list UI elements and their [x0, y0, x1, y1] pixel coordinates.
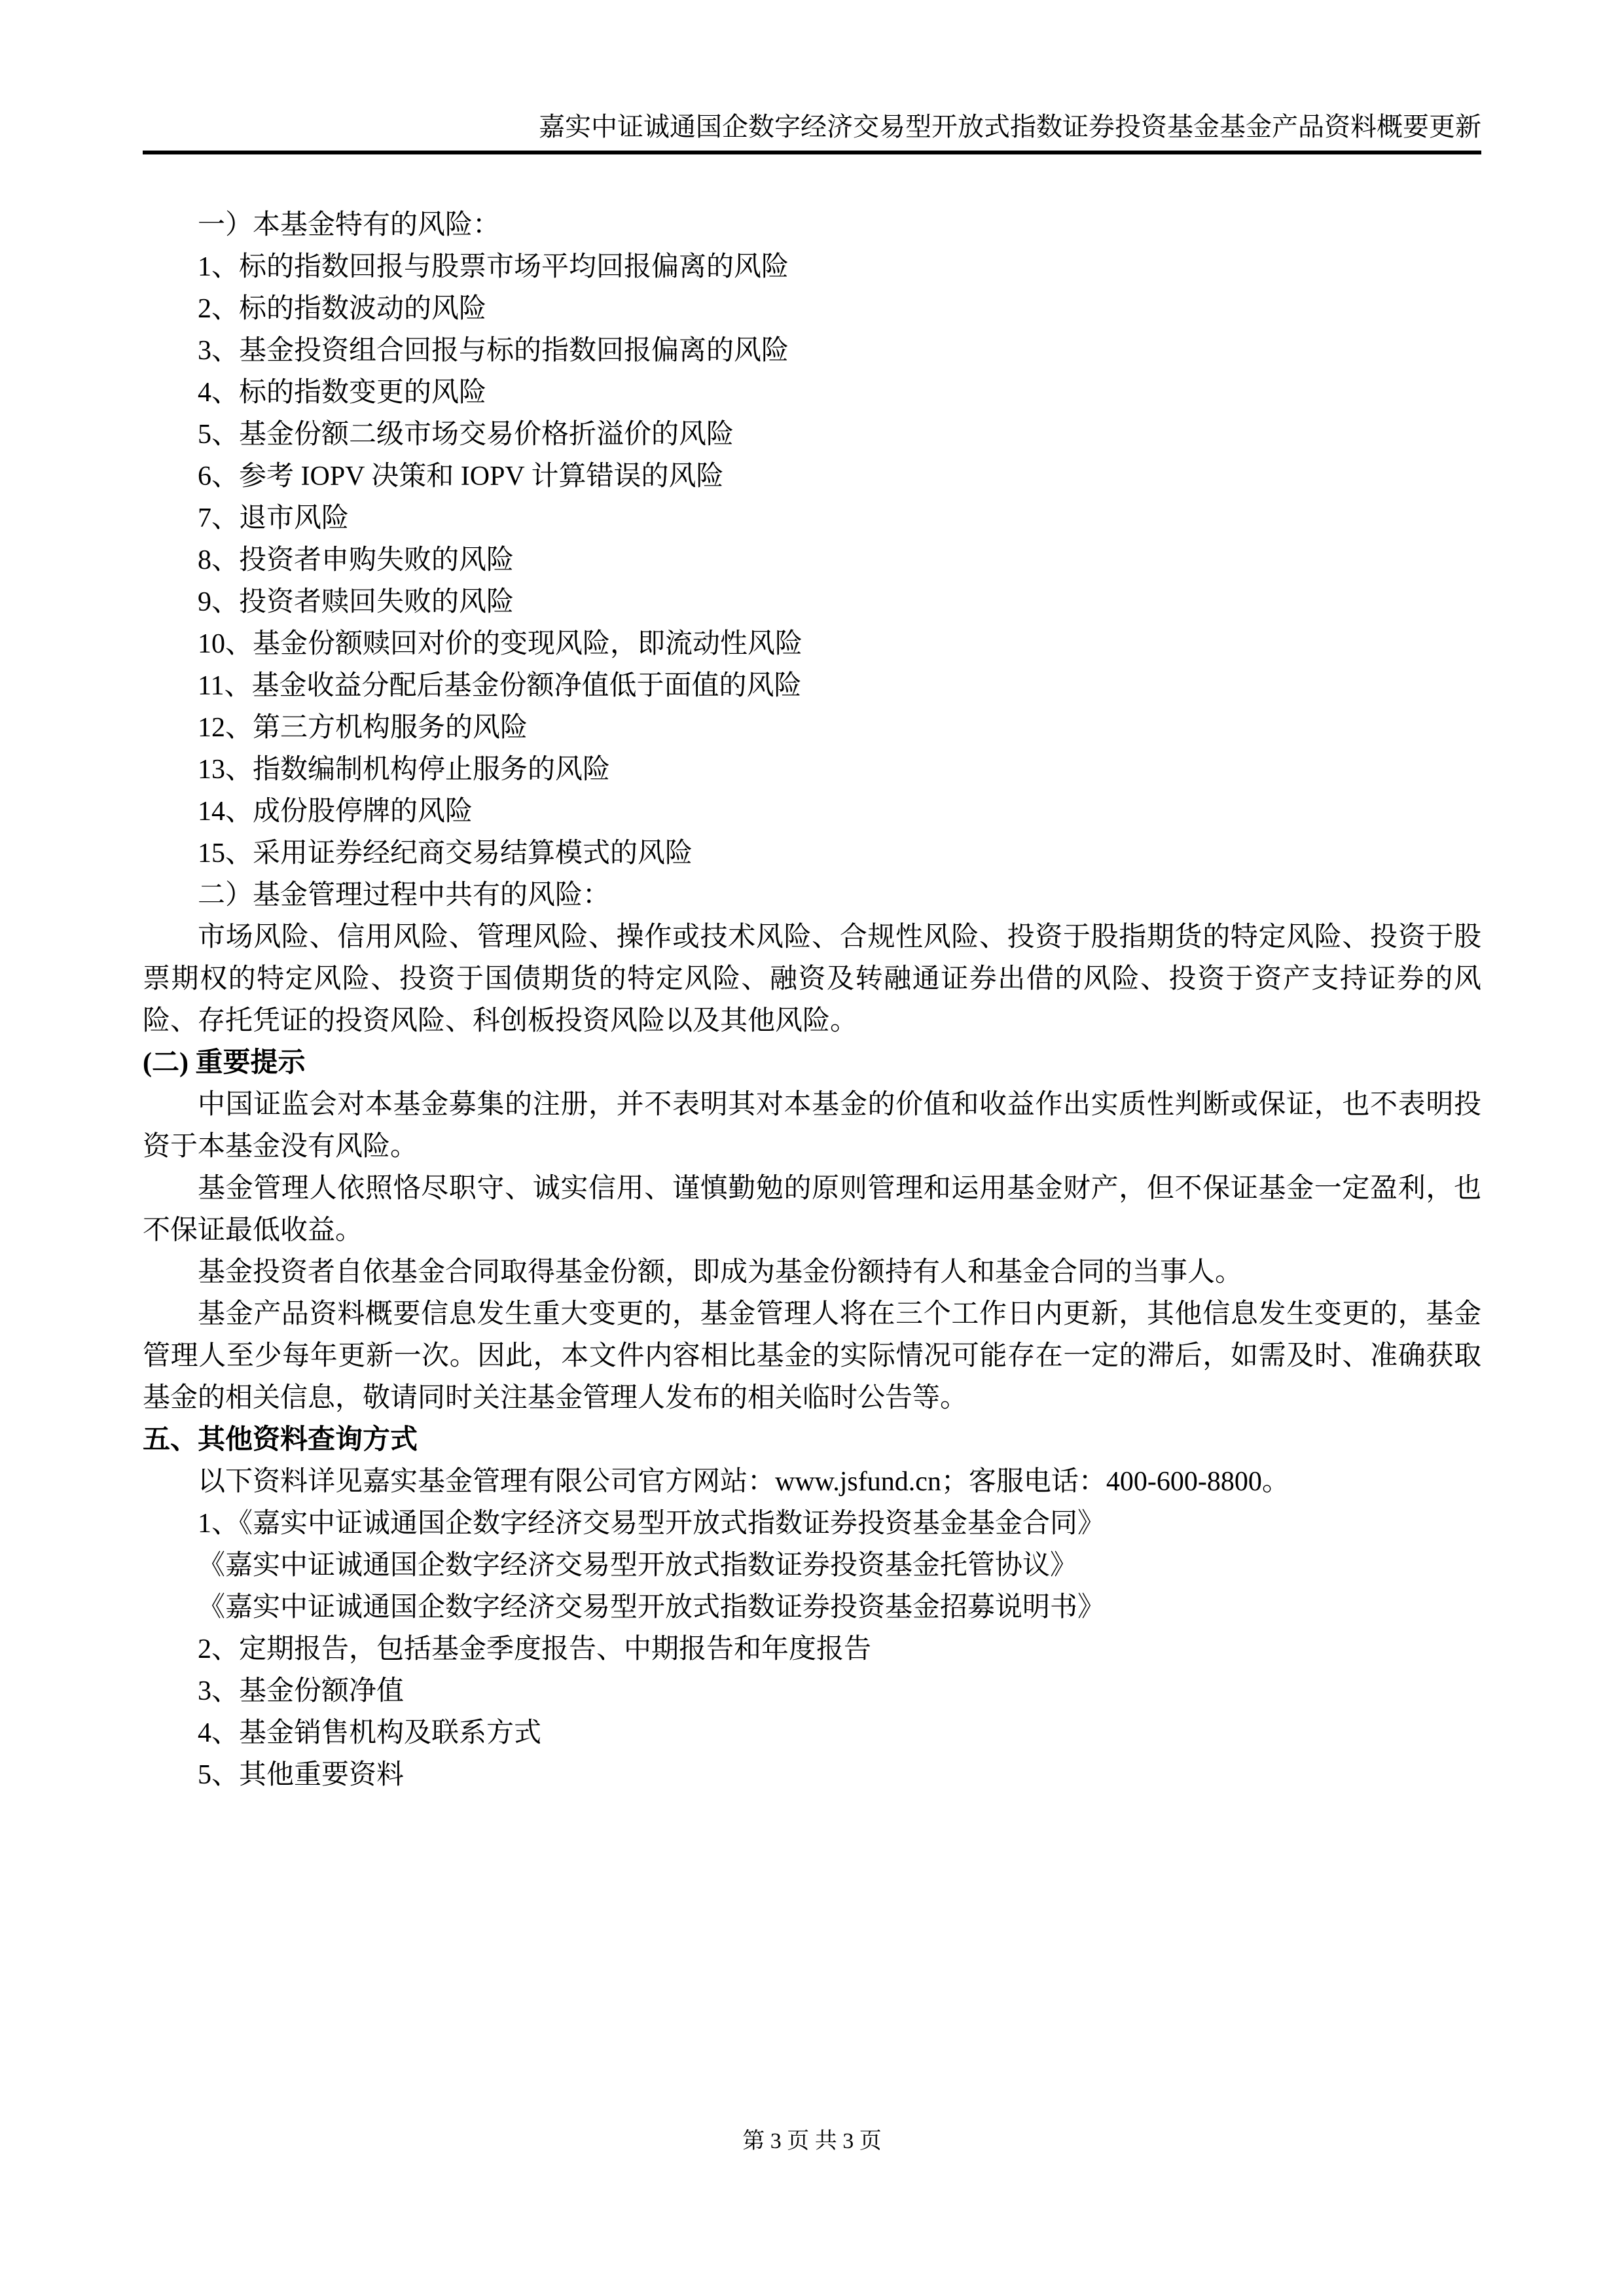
- notice-paragraph-1: 中国证监会对本基金募集的注册，并不表明其对本基金的价值和收益作出实质性判断或保证…: [143, 1084, 1481, 1168]
- risk-specific-heading: 一）本基金特有的风险：: [143, 204, 1481, 246]
- header-title: 嘉实中证诚通国企数字经济交易型开放式指数证券投资基金基金产品资料概要更新: [143, 110, 1481, 144]
- risk-item-7: 7、退市风险: [143, 497, 1481, 539]
- other-info-item-1: 1、《嘉实中证诚通国企数字经济交易型开放式指数证券投资基金基金合同》: [143, 1503, 1481, 1545]
- risk-item-5: 5、基金份额二级市场交易价格折溢价的风险: [143, 414, 1481, 456]
- risk-item-2: 2、标的指数波动的风险: [143, 288, 1481, 330]
- risk-item-8: 8、投资者申购失败的风险: [143, 539, 1481, 581]
- risk-common-heading: 二）基金管理过程中共有的风险：: [143, 874, 1481, 916]
- notice-section-heading: (二) 重要提示: [143, 1042, 1481, 1084]
- risk-item-1: 1、标的指数回报与股票市场平均回报偏离的风险: [143, 246, 1481, 288]
- notice-paragraph-3: 基金投资者自依基金合同取得基金份额，即成为基金份额持有人和基金合同的当事人。: [143, 1251, 1481, 1293]
- risk-item-4: 4、标的指数变更的风险: [143, 372, 1481, 414]
- page-indicator: 第 3 页 共 3 页: [742, 2129, 882, 2153]
- risk-item-9: 9、投资者赎回失败的风险: [143, 581, 1481, 623]
- risk-item-13: 13、指数编制机构停止服务的风险: [143, 749, 1481, 791]
- other-info-intro: 以下资料详见嘉实基金管理有限公司官方网站：www.jsfund.cn；客服电话：…: [143, 1461, 1481, 1503]
- page-footer: 第 3 页 共 3 页: [0, 2127, 1624, 2156]
- other-info-item-2: 2、定期报告，包括基金季度报告、中期报告和年度报告: [143, 1628, 1481, 1670]
- document-body: 一）本基金特有的风险： 1、标的指数回报与股票市场平均回报偏离的风险 2、标的指…: [143, 204, 1481, 1796]
- risk-item-11: 11、基金收益分配后基金份额净值低于面值的风险: [143, 665, 1481, 707]
- other-info-item-1a: 《嘉实中证诚通国企数字经济交易型开放式指数证券投资基金托管协议》: [143, 1545, 1481, 1587]
- document-page: 嘉实中证诚通国企数字经济交易型开放式指数证券投资基金基金产品资料概要更新 一）本…: [0, 0, 1624, 2296]
- other-info-section-heading: 五、其他资料查询方式: [143, 1419, 1481, 1461]
- other-info-item-4: 4、基金销售机构及联系方式: [143, 1712, 1481, 1754]
- notice-paragraph-2: 基金管理人依照恪尽职守、诚实信用、谨慎勤勉的原则管理和运用基金财产，但不保证基金…: [143, 1168, 1481, 1251]
- notice-paragraph-4: 基金产品资料概要信息发生重大变更的，基金管理人将在三个工作日内更新，其他信息发生…: [143, 1293, 1481, 1419]
- risk-item-3: 3、基金投资组合回报与标的指数回报偏离的风险: [143, 330, 1481, 372]
- page-header: 嘉实中证诚通国企数字经济交易型开放式指数证券投资基金基金产品资料概要更新: [143, 0, 1481, 154]
- risk-item-6: 6、参考 IOPV 决策和 IOPV 计算错误的风险: [143, 456, 1481, 497]
- other-info-item-3: 3、基金份额净值: [143, 1670, 1481, 1712]
- risk-item-10: 10、基金份额赎回对价的变现风险，即流动性风险: [143, 623, 1481, 665]
- other-info-item-5: 5、其他重要资料: [143, 1754, 1481, 1796]
- other-info-item-1b: 《嘉实中证诚通国企数字经济交易型开放式指数证券投资基金招募说明书》: [143, 1587, 1481, 1628]
- risk-item-14: 14、成份股停牌的风险: [143, 791, 1481, 833]
- risk-item-15: 15、采用证券经纪商交易结算模式的风险: [143, 833, 1481, 874]
- risk-item-12: 12、第三方机构服务的风险: [143, 707, 1481, 749]
- risk-common-paragraph: 市场风险、信用风险、管理风险、操作或技术风险、合规性风险、投资于股指期货的特定风…: [143, 916, 1481, 1042]
- header-divider: [143, 151, 1481, 154]
